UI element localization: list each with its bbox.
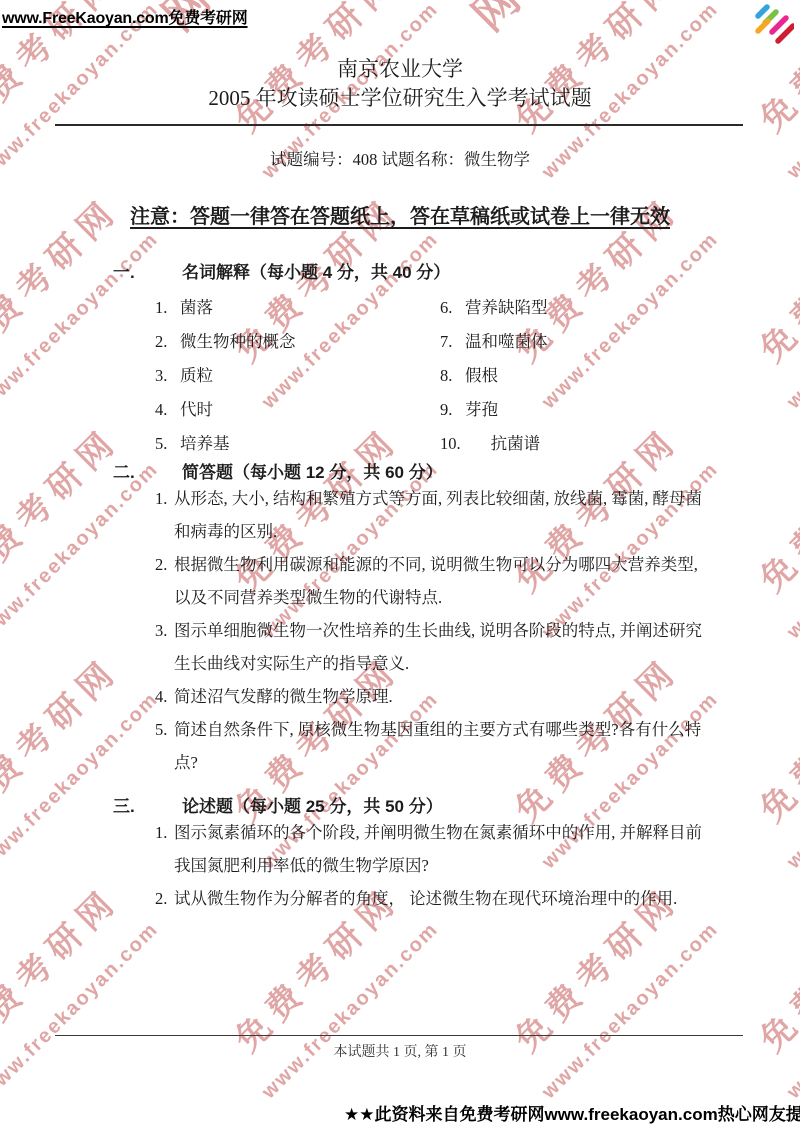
section-2-marker: 二. <box>113 458 135 483</box>
term-item: 8.假根 <box>440 362 498 386</box>
term-item: 7.温和噬菌体 <box>440 328 548 352</box>
term-item: 1.菌落 <box>155 294 213 318</box>
term-number: 6. <box>440 298 457 318</box>
question-number: 3. <box>155 614 174 647</box>
term-number: 3. <box>155 366 172 386</box>
section-3-title: 论述题（每小题 25 分，共 50 分） <box>182 792 443 817</box>
exam-paper-page: 免费考研网www.freekaoyan.com免费考研网www.freekaoy… <box>0 0 800 1132</box>
logo-stripe <box>778 26 793 41</box>
term-item: 4.代时 <box>155 396 213 420</box>
term-number: 5. <box>155 434 172 454</box>
section-3-questions: 1.图示氮素循环的各个阶段, 并阐明微生物在氮素循环中的作用, 并解释目前我国氮… <box>155 816 755 915</box>
term-item: 9.芽孢 <box>440 396 498 420</box>
term-text: 微生物种的概念 <box>180 332 296 351</box>
question-line: 和病毒的区别. <box>155 515 755 548</box>
question-line: 4.简述沼气发酵的微生物学原理. <box>155 680 755 713</box>
question-number: 4. <box>155 680 174 713</box>
term-text: 抗菌谱 <box>491 434 541 453</box>
question-line: 我国氮肥利用率低的微生物学原因? <box>155 849 755 882</box>
term-item: 3.质粒 <box>155 362 213 386</box>
section-1-header: 一. 名词解释（每小题 4 分，共 40 分） <box>0 258 800 282</box>
term-number: 1. <box>155 298 172 318</box>
term-number: 2. <box>155 332 172 352</box>
term-number: 9. <box>440 400 457 420</box>
logo-stripe <box>772 18 786 32</box>
question-line: 以及不同营养类型微生物的代谢特点. <box>155 581 755 614</box>
section-2-title: 简答题（每小题 12 分，共 60 分） <box>182 458 443 483</box>
term-item: 10.抗菌谱 <box>440 430 540 454</box>
university-title: 南京农业大学 <box>0 53 800 83</box>
question-line: 5.简述自然条件下, 原核微生物基因重组的主要方式有哪些类型?各有什么特 <box>155 713 755 746</box>
term-text: 芽孢 <box>465 400 498 419</box>
term-text: 质粒 <box>180 366 213 385</box>
footer-rule <box>55 1035 743 1036</box>
question-number: 2. <box>155 882 174 915</box>
section-1-title: 名词解释（每小题 4 分，共 40 分） <box>182 258 450 283</box>
question-number: 1. <box>155 482 174 515</box>
section-3-marker: 三. <box>113 792 135 817</box>
section-2-header: 二. 简答题（每小题 12 分，共 60 分） <box>0 458 800 482</box>
site-header-link[interactable]: www.FreeKaoyan.com免费考研网 <box>2 5 248 28</box>
freekaoyan-brand-logo-icon <box>748 1 794 47</box>
section-3-header: 三. 论述题（每小题 25 分，共 50 分） <box>0 792 800 816</box>
question-line: 1.从形态, 大小, 结构和繁殖方式等方面, 列表比较细菌, 放线菌, 霉菌, … <box>155 482 755 515</box>
question-line: 1.图示氮素循环的各个阶段, 并阐明微生物在氮素循环中的作用, 并解释目前 <box>155 816 755 849</box>
question-line: 生长曲线对实际生产的指导意义. <box>155 647 755 680</box>
content-layer: www.FreeKaoyan.com免费考研网 南京农业大学 2005 年攻读硕… <box>0 0 800 1132</box>
term-item: 6.营养缺陷型 <box>440 294 548 318</box>
question-number: 5. <box>155 713 174 746</box>
question-line: 2.试从微生物作为分解者的角度， 论述微生物在现代环境治理中的作用. <box>155 882 755 915</box>
question-line: 2.根据微生物利用碳源和能源的不同, 说明微生物可以分为哪四大营养类型, <box>155 548 755 581</box>
term-text: 培养基 <box>180 434 230 453</box>
term-text: 假根 <box>465 366 498 385</box>
term-text: 菌落 <box>180 298 213 317</box>
question-line: 3.图示单细胞微生物一次性培养的生长曲线, 说明各阶段的特点, 并阐述研究 <box>155 614 755 647</box>
term-list: 1.菌落2.微生物种的概念3.质粒4.代时5.培养基6.营养缺陷型7.温和噬菌体… <box>0 294 800 474</box>
page-number-info: 本试题共 1 页, 第 1 页 <box>0 1041 800 1061</box>
term-item: 2.微生物种的概念 <box>155 328 296 352</box>
term-text: 温和噬菌体 <box>465 332 548 351</box>
exam-title: 2005 年攻读硕士学位研究生入学考试试题 <box>0 82 800 112</box>
term-number: 8. <box>440 366 457 386</box>
term-number: 7. <box>440 332 457 352</box>
paper-info: 试题编号：408 试题名称：微生物学 <box>0 146 800 170</box>
question-number: 2. <box>155 548 174 581</box>
term-number: 10. <box>440 434 461 454</box>
logo-stripe <box>758 7 767 16</box>
term-text: 代时 <box>180 400 213 419</box>
header-rule <box>55 124 743 126</box>
section-2-questions: 1.从形态, 大小, 结构和繁殖方式等方面, 列表比较细菌, 放线菌, 霉菌, … <box>155 482 755 779</box>
question-number: 1. <box>155 816 174 849</box>
exam-notice: 注意：答题一律答在答题纸上，答在草稿纸或试卷上一律无效 <box>0 200 800 229</box>
question-line: 点? <box>155 746 755 779</box>
term-number: 4. <box>155 400 172 420</box>
bottom-credit-note: ★★此资料来自免费考研网www.freekaoyan.com热心网友提供★★ <box>344 1100 800 1125</box>
logo-stripe <box>758 21 768 31</box>
section-1-marker: 一. <box>113 258 135 283</box>
term-text: 营养缺陷型 <box>465 298 548 317</box>
term-item: 5.培养基 <box>155 430 230 454</box>
